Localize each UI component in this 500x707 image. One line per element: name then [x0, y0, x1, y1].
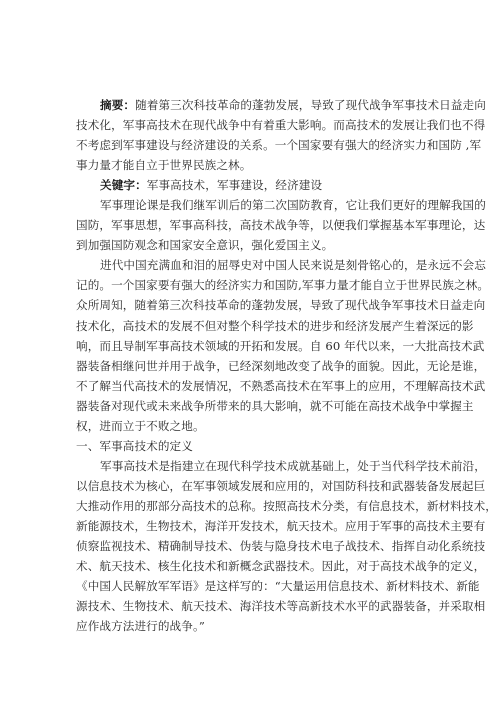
abstract-label: 摘要：: [100, 98, 135, 112]
keywords-line: 关键字：军事高技术，军事建设，经济建设: [76, 175, 428, 195]
paragraph-line: 不了解当代高技术的发展情况，不熟悉高技术在军事上的应用，不理解高技术武: [76, 376, 428, 396]
paragraph-line: 到加强国防观念和国家安全意识，强化爱国主义。: [76, 235, 428, 255]
paragraph-intro: 军事理论课是我们继军训后的第二次国防教育，它让我们更好的理解我国的 国防，军事思…: [76, 195, 428, 255]
abstract-line: 摘要：随着第三次科技革命的蓬勃发展，导致了现代战争军事技术日益走向: [76, 95, 428, 115]
section-heading: 一、军事高技术的定义: [76, 436, 428, 456]
abstract-line: 不考虑到军事建设与经济建设的关系。一个国家要有强大的经济实力和国防 ,军: [76, 135, 428, 155]
paragraph-definition: 军事高技术是指建立在现代科学技术成就基础上，处于当代科学技术前沿， 以信息技术为…: [76, 456, 428, 636]
paragraph-line: 技术化，高技术的发展不但对整个科学技术的进步和经济发展产生着深远的影: [76, 316, 428, 336]
paragraph-line: 源技术、生物技术、航天技术、海洋技术等高新技术水平的武器装备，并采取相: [76, 596, 428, 616]
paragraph-line: 权，进而立于不败之地。: [76, 416, 428, 436]
paragraph-line: 以信息技术为核心，在军事领域发展和应用的，对国防科技和武器装备发展起巨: [76, 476, 428, 496]
paragraph-history: 进代中国充满血和泪的屈辱史对中国人民来说是刻骨铭心的，是永远不会忘 记的。一个国…: [76, 255, 428, 435]
keywords-label: 关键字：: [100, 178, 147, 192]
paragraph-line: 进代中国充满血和泪的屈辱史对中国人民来说是刻骨铭心的，是永远不会忘: [76, 255, 428, 275]
paragraph-line: 侦察监视技术、精确制导技术、伪装与隐身技术电子战技术、指挥自动化系统技: [76, 536, 428, 556]
paragraph-line: 应作战方法进行的战争。”: [76, 616, 428, 636]
paragraph-line: 新能源技术，生物技术，海洋开发技术，航天技术。应用于军事的高技术主要有: [76, 516, 428, 536]
paragraph-line: 响，而且导制军事高技术领域的开拓和发展。自 60 年代以来，一大批高技术武: [76, 336, 428, 356]
paragraph-line: 大推动作用的那部分高技术的总称。按照高技术分类，有信息技术，新材料技术，: [76, 496, 428, 516]
abstract-line: 技术化，军事高技术在现代战争中有着重大影响。而高技术的发展让我们也不得: [76, 115, 428, 135]
abstract-line: 事力量才能自立于世界民族之林。: [76, 155, 428, 175]
paragraph-line: 记的。一个国家要有强大的经济实力和国防,军事力量才能自立于世界民族之林。: [76, 275, 428, 295]
paragraph-line: 众所周知，随着第三次科技革命的蓬勃发展，导致了现代战争军事技术日益走向: [76, 295, 428, 315]
abstract-block: 摘要：随着第三次科技革命的蓬勃发展，导致了现代战争军事技术日益走向 技术化，军事…: [76, 95, 428, 175]
paragraph-line: 器装备相继问世并用于战争，已经深刻地改变了战争的面貌。因此，无论是谁，: [76, 356, 428, 376]
paragraph-line: 术、航天技术、核生化技术和新概念武器技术。因此，对于高技术战争的定义，: [76, 556, 428, 576]
paragraph-line: 军事理论课是我们继军训后的第二次国防教育，它让我们更好的理解我国的: [76, 195, 428, 215]
paragraph-line: 军事高技术是指建立在现代科学技术成就基础上，处于当代科学技术前沿，: [76, 456, 428, 476]
paragraph-line: 国防，军事思想，军事高科技，高技术战争等，以便我们掌握基本军事理论，达: [76, 215, 428, 235]
paragraph-line: 《中国人民解放军军语》是这样写的：“大量运用信息技术、新材料技术、新能: [76, 576, 428, 596]
abstract-text: 随着第三次科技革命的蓬勃发展，导致了现代战争军事技术日益走向: [135, 98, 486, 112]
document-page: 摘要：随着第三次科技革命的蓬勃发展，导致了现代战争军事技术日益走向 技术化，军事…: [76, 95, 428, 636]
paragraph-line: 器装备对现代或未来战争所带来的具大影响，就不可能在高技术战争中掌握主: [76, 396, 428, 416]
keywords-text: 军事高技术，军事建设，经济建设: [147, 178, 322, 192]
